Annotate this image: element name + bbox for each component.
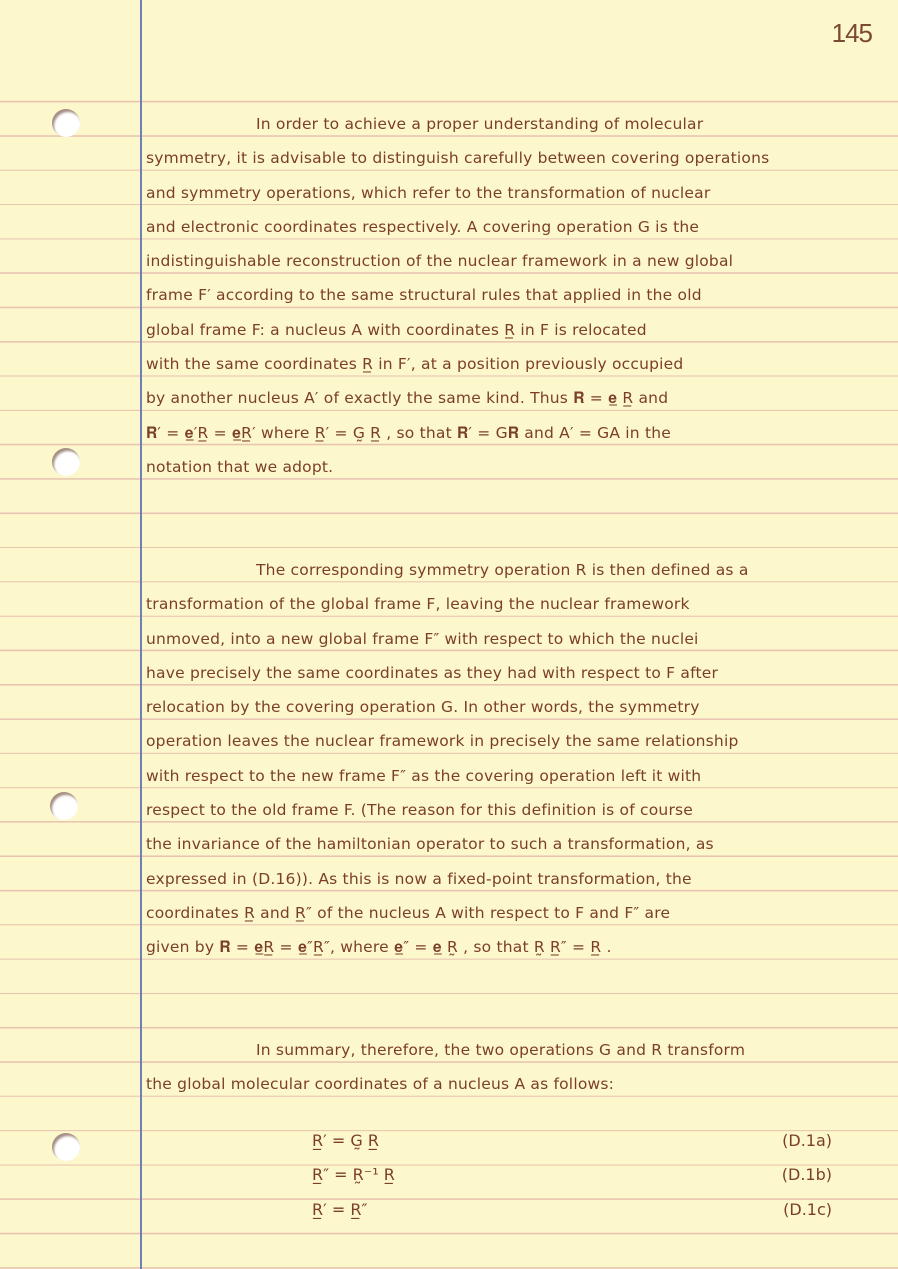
equation-expression: R̲′ = G̰ R̲ <box>312 1124 379 1158</box>
equation-label: (D.1c) <box>783 1193 832 1227</box>
text-line: by another nucleus A′ of exactly the sam… <box>146 381 886 415</box>
equation-row: R̲′ = G̰ R̲ (D.1a) <box>312 1124 832 1158</box>
text-line: frame F′ according to the same structura… <box>146 278 886 312</box>
equation-row: R̲″ = R̰⁻¹ R̲ (D.1b) <box>312 1158 832 1192</box>
equation-row: R̲′ = R̲″ (D.1c) <box>312 1193 832 1227</box>
text-line: with the same coordinates R̲ in F′, at a… <box>146 347 886 381</box>
punch-hole <box>52 109 80 137</box>
equation-label: (D.1b) <box>782 1158 832 1192</box>
equation-expression: R̲″ = R̰⁻¹ R̲ <box>312 1158 395 1192</box>
text-line: coordinates R̲ and R̲″ of the nucleus A … <box>146 896 886 930</box>
text-line: the global molecular coordinates of a nu… <box>146 1067 886 1101</box>
text-line: notation that we adopt. <box>146 450 886 484</box>
equation-block: R̲′ = G̰ R̲ (D.1a) R̲″ = R̰⁻¹ R̲ (D.1b) … <box>312 1124 832 1227</box>
punch-hole <box>52 448 80 476</box>
text-line: 𝐑′ = 𝐞̲′R̲ = 𝐞̲R̲′ where R̲′ = G̰ R̲ , s… <box>146 416 886 450</box>
text-line: respect to the old frame F. (The reason … <box>146 793 886 827</box>
equation-expression: R̲′ = R̲″ <box>312 1193 367 1227</box>
text-line: The corresponding symmetry operation R i… <box>146 553 886 587</box>
paragraph-covering-operations: In order to achieve a proper understandi… <box>146 107 886 484</box>
paragraph-symmetry-operation: The corresponding symmetry operation R i… <box>146 553 886 965</box>
text-line: indistinguishable reconstruction of the … <box>146 244 886 278</box>
margin-line <box>140 0 142 1269</box>
text-line: transformation of the global frame F, le… <box>146 587 886 621</box>
text-line: unmoved, into a new global frame F″ with… <box>146 622 886 656</box>
text-line: symmetry, it is advisable to distinguish… <box>146 141 886 175</box>
punch-hole <box>52 1133 80 1161</box>
text-line: relocation by the covering operation G. … <box>146 690 886 724</box>
paragraph-summary: In summary, therefore, the two operation… <box>146 1033 886 1102</box>
page-number: 145 <box>832 18 872 49</box>
text-line: and electronic coordinates respectively.… <box>146 210 886 244</box>
equation-label: (D.1a) <box>782 1124 832 1158</box>
notebook-page: 145 In order to achieve a proper underst… <box>0 0 898 1269</box>
text-line: the invariance of the hamiltonian operat… <box>146 827 886 861</box>
punch-hole <box>50 792 78 820</box>
text-line: and symmetry operations, which refer to … <box>146 176 886 210</box>
text-line: In order to achieve a proper understandi… <box>146 107 886 141</box>
text-line: have precisely the same coordinates as t… <box>146 656 886 690</box>
page-header-area <box>0 0 898 100</box>
text-line: with respect to the new frame F″ as the … <box>146 759 886 793</box>
text-line: given by 𝐑 = 𝐞̲R̲ = 𝐞̲″R̲″, where 𝐞̲″ = … <box>146 930 886 964</box>
text-line: In summary, therefore, the two operation… <box>146 1033 886 1067</box>
text-line: expressed in (D.16)). As this is now a f… <box>146 862 886 896</box>
text-line: operation leaves the nuclear framework i… <box>146 724 886 758</box>
text-line: global frame F: a nucleus A with coordin… <box>146 313 886 347</box>
